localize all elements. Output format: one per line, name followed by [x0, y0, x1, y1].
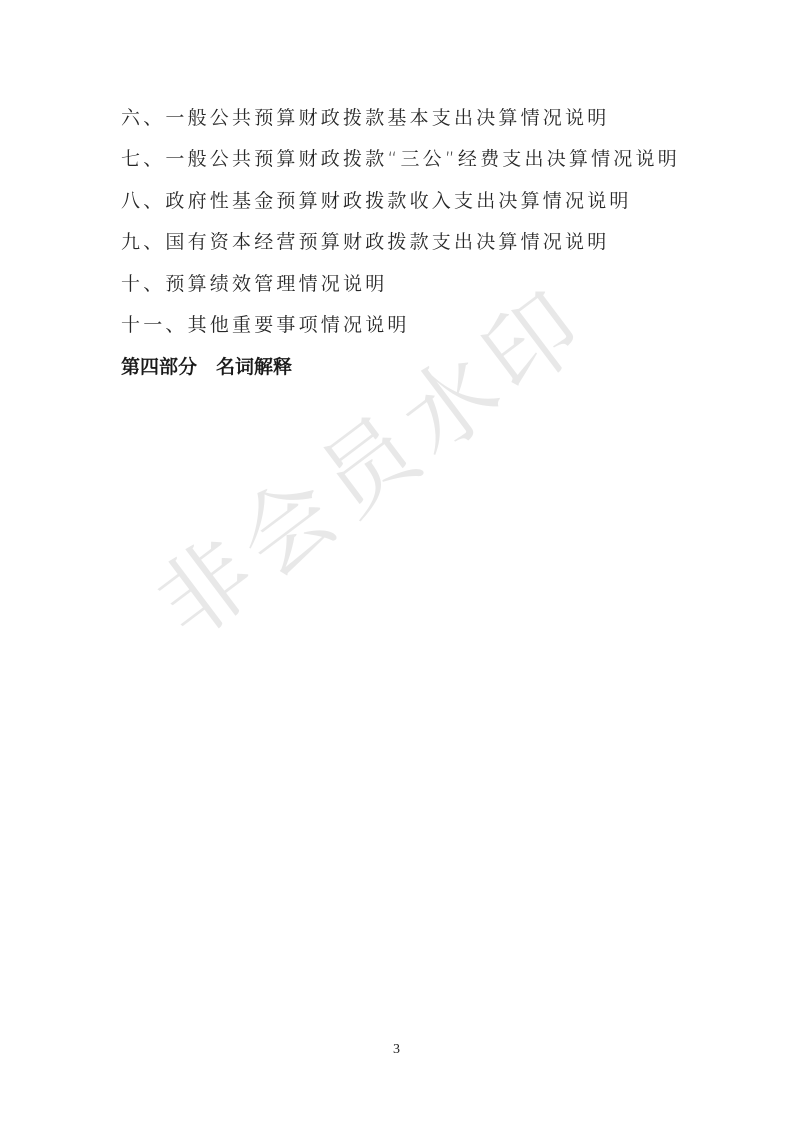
toc-item-11: 十一、其他重要事项情况说明 — [121, 313, 410, 337]
toc-item-9: 九、国有资本经营预算财政拨款支出决算情况说明 — [121, 230, 609, 254]
section-title-part-four: 第四部分 名词解释 — [121, 355, 292, 379]
toc-item-10: 十、预算绩效管理情况说明 — [121, 272, 387, 296]
toc-item-8: 八、政府性基金预算财政拨款收入支出决算情况说明 — [121, 189, 632, 213]
toc-item-6: 六、一般公共预算财政拨款基本支出决算情况说明 — [121, 106, 609, 130]
toc-item-7: 七、一般公共预算财政拨款“三公”经费支出决算情况说明 — [121, 147, 680, 171]
page-number: 3 — [0, 1042, 793, 1058]
